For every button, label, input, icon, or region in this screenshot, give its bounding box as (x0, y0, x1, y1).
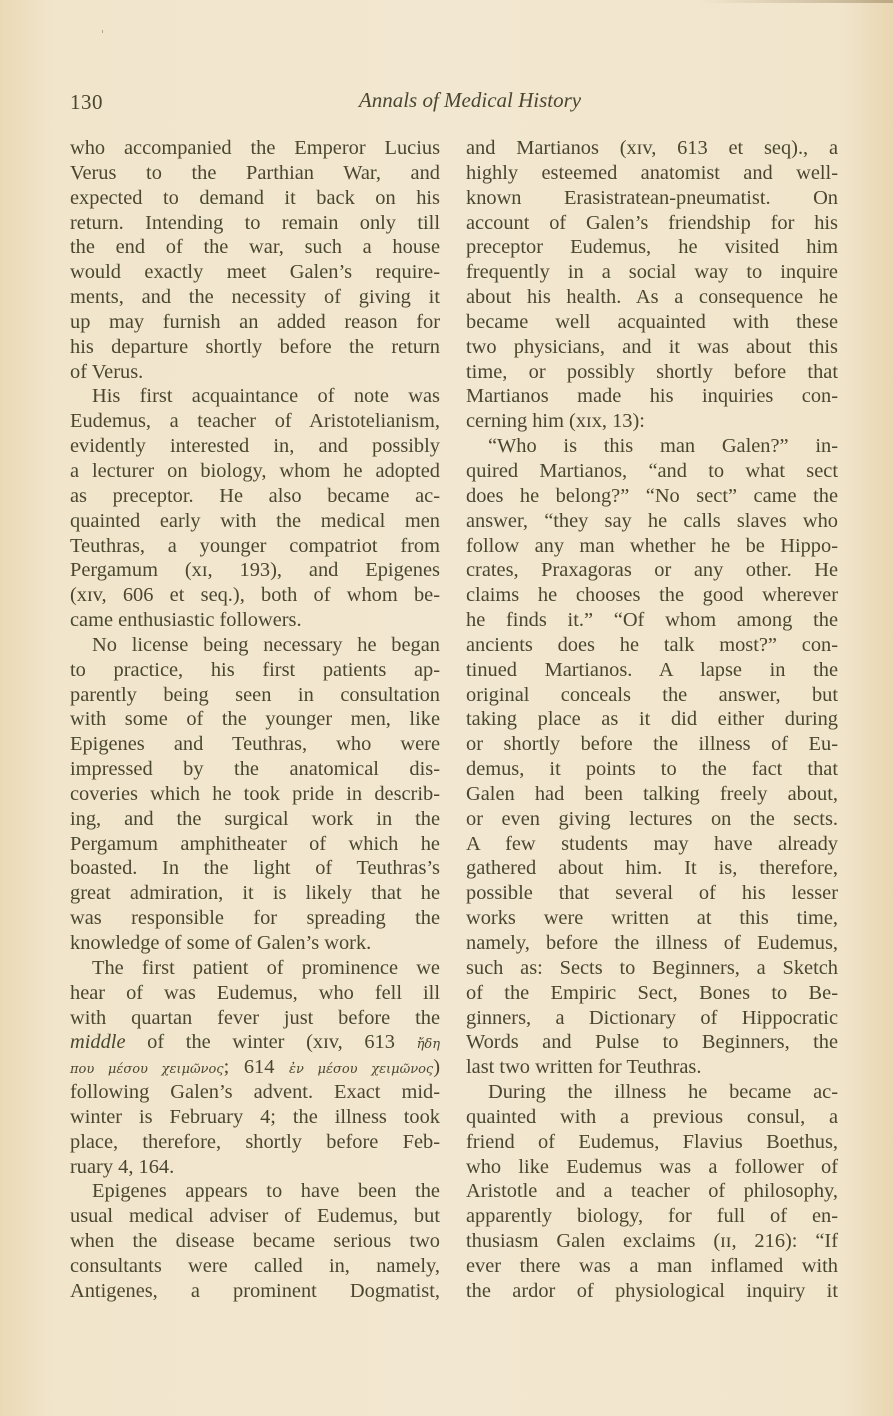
text-line: works were written at this time, (466, 906, 838, 931)
text-line: crates, Praxagoras or any other. He (466, 558, 838, 583)
text-line: Eudemus, a teacher of Aristotelianism, (70, 409, 440, 434)
text-line: who accompanied the Emperor Lucius (70, 136, 440, 161)
text-line: ever there was a man inflamed with (466, 1254, 838, 1279)
text-line: apparently biology, for full of en- (466, 1204, 838, 1229)
text-line: as preceptor. He also became ac- (70, 484, 440, 509)
text-line: No license being necessary he began (70, 633, 440, 658)
text-line: frequently in a social way to inquire (466, 260, 838, 285)
italic-word: middle (70, 1031, 126, 1053)
text-line: Teuthras, a younger compatriot from (70, 534, 440, 559)
left-column: who accompanied the Emperor LuciusVerus … (70, 136, 440, 1304)
text-line: Words and Pulse to Beginners, the (466, 1030, 838, 1055)
text-line: two physicians, and it was about this (466, 335, 838, 360)
text-line: who like Eudemus was a follower of (466, 1155, 838, 1180)
right-column: and Martianos (xɪv, 613 et seq)., ahighl… (466, 136, 838, 1304)
text-line: quainted with a previous consul, a (466, 1105, 838, 1130)
text-line: place, therefore, shortly before Feb- (70, 1130, 440, 1155)
text-line: became well acquainted with these (466, 310, 838, 335)
page-header: 130 Annals of Medical History (70, 88, 840, 118)
text-line: quainted early with the medical men (70, 509, 440, 534)
text-line: was responsible for spreading the (70, 906, 440, 931)
text-line: Verus to the Parthian War, and (70, 161, 440, 186)
greek-text: που μέσου χειμῶνος (70, 1062, 224, 1077)
greek-text: ἐν μέσου χειμῶνος (289, 1062, 433, 1077)
text-line: A few students may have already (466, 832, 838, 857)
text-line: Epigenes appears to have been the (70, 1179, 440, 1204)
text-line: preceptor Eudemus, he visited him (466, 235, 838, 260)
text-line: “Who is this man Galen?” in- (466, 434, 838, 459)
text-line: of Verus. (70, 360, 440, 385)
text-line: account of Galen’s friendship for his (466, 211, 838, 236)
text-line: boasted. In the light of Teuthras’s (70, 856, 440, 881)
text-segment: ) (433, 1056, 440, 1078)
text-line: evidently interested in, and possibly (70, 434, 440, 459)
text-line: expected to demand it back on his (70, 186, 440, 211)
text-line: came enthusiastic followers. (70, 608, 440, 633)
text-line: Pergamum amphitheater of which he (70, 832, 440, 857)
text-line: his departure shortly before the return (70, 335, 440, 360)
text-line: the ardor of physiological inquiry it (466, 1279, 838, 1304)
text-segment: of the winter (xɪv, 613 (126, 1031, 417, 1053)
text-line: original conceals the answer, but (466, 683, 838, 708)
text-line: ginners, a Dictionary of Hippocratic (466, 1006, 838, 1031)
text-line: known Erasistratean-pneumatist. On (466, 186, 838, 211)
text-line-with-greek: middle of the winter (xɪv, 613 ἤδη (70, 1030, 440, 1055)
text-line: follow any man whether he be Hippo- (466, 534, 838, 559)
text-line: a lecturer on biology, whom he adopted (70, 459, 440, 484)
text-line: with some of the younger men, like (70, 707, 440, 732)
running-title: Annals of Medical History (70, 88, 840, 113)
text-line: friend of Eudemus, Flavius Boethus, (466, 1130, 838, 1155)
text-line: about his health. As a consequence he (466, 285, 838, 310)
text-line: coveries which he took pride in describ- (70, 782, 440, 807)
text-line: and Martianos (xɪv, 613 et seq)., a (466, 136, 838, 161)
text-line: namely, before the illness of Eudemus, (466, 931, 838, 956)
text-line: answer, “they say he calls slaves who (466, 509, 838, 534)
text-line: following Galen’s advent. Exact mid- (70, 1080, 440, 1105)
text-line: taking place as it did either during (466, 707, 838, 732)
text-line: quired Martianos, “and to what sect (466, 459, 838, 484)
text-line: ruary 4, 164. (70, 1155, 440, 1180)
text-line: Epigenes and Teuthras, who were (70, 732, 440, 757)
text-line: hear of was Eudemus, who fell ill (70, 981, 440, 1006)
text-line: (xɪv, 606 et seq.), both of whom be- (70, 583, 440, 608)
text-line: great admiration, it is likely that he (70, 881, 440, 906)
text-line: claims he chooses the good wherever (466, 583, 838, 608)
text-line: or shortly before the illness of Eu- (466, 732, 838, 757)
text-line: Martianos made his inquiries con- (466, 384, 838, 409)
text-line: Aristotle and a teacher of philosophy, (466, 1179, 838, 1204)
text-line: or even giving lectures on the sects. (466, 807, 838, 832)
text-line: Galen had been talking freely about, (466, 782, 838, 807)
text-line: demus, it points to the fact that (466, 757, 838, 782)
text-line: such as: Sects to Beginners, a Sketch (466, 956, 838, 981)
text-line: last two written for Teuthras. (466, 1055, 838, 1080)
text-line: highly esteemed anatomist and well- (466, 161, 838, 186)
text-line: to practice, his first patients ap- (70, 658, 440, 683)
text-line: knowledge of some of Galen’s work. (70, 931, 440, 956)
text-line: ing, and the surgical work in the (70, 807, 440, 832)
text-line: up may furnish an added reason for (70, 310, 440, 335)
text-line: the end of the war, such a house (70, 235, 440, 260)
text-line: His first acquaintance of note was (70, 384, 440, 409)
text-line: winter is February 4; the illness took (70, 1105, 440, 1130)
text-line: The first patient of prominence we (70, 956, 440, 981)
text-line: Pergamum (xɪ, 193), and Epigenes (70, 558, 440, 583)
text-line: consultants were called in, namely, (70, 1254, 440, 1279)
text-line: tinued Martianos. A lapse in the (466, 658, 838, 683)
text-line: would exactly meet Galen’s require- (70, 260, 440, 285)
text-line: return. Intending to remain only till (70, 211, 440, 236)
text-line: cerning him (xɪx, 13): (466, 409, 838, 434)
text-line: ancients does he talk most?” con- (466, 633, 838, 658)
text-line: possible that several of his lesser (466, 881, 838, 906)
text-line-with-greek: που μέσου χειμῶνος; 614 ἐν μέσου χειμῶνο… (70, 1055, 440, 1080)
text-line: when the disease became serious two (70, 1229, 440, 1254)
text-line: impressed by the anatomical dis- (70, 757, 440, 782)
text-line: does he belong?” “No sect” came the (466, 484, 838, 509)
text-line: thusiasm Galen exclaims (ɪɪ, 216): “If (466, 1229, 838, 1254)
text-line: of the Empiric Sect, Bones to Be- (466, 981, 838, 1006)
text-line: time, or possibly shortly before that (466, 360, 838, 385)
text-line: Antigenes, a prominent Dogmatist, (70, 1279, 440, 1304)
greek-text: ἤδη (417, 1037, 440, 1052)
paper-speck (102, 30, 103, 33)
text-line: ments, and the necessity of giving it (70, 285, 440, 310)
text-segment: ; 614 (224, 1056, 289, 1078)
text-line: he finds it.” “Of whom among the (466, 608, 838, 633)
page-edge-shadow (700, 0, 893, 3)
text-line: During the illness he became ac- (466, 1080, 838, 1105)
text-line: gathered about him. It is, therefore, (466, 856, 838, 881)
text-line: parently being seen in consultation (70, 683, 440, 708)
text-line: usual medical adviser of Eudemus, but (70, 1204, 440, 1229)
text-line: with quartan fever just before the (70, 1006, 440, 1031)
